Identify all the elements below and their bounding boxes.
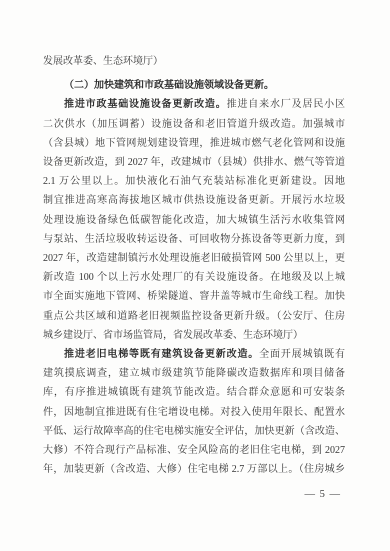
text-segment: 件，因地制宜推进既有住宅增设电梯。对投入使用年限长、配置水 [43, 407, 345, 418]
page-number: — 5 — [43, 485, 345, 504]
text-segment: 平低、运行故障率高的住宅电梯实施安全评估，加快更新（含改造、 [43, 426, 345, 437]
text-segment: 发展改革委、生态环境厅） [43, 56, 163, 67]
text-line: （含县城）地下管网规划建设管理，推进城市燃气老化管网和设施 [43, 134, 345, 153]
text-line: 城乡建设厅、省市场监管局，省发展改革委、生态环境厅） [43, 326, 345, 345]
bold-text-segment: （二）加快建筑和市政基础设施领域设备更新。 [64, 80, 274, 91]
text-segment: 处理设施设备绿色低碳智能化改造，加大城镇生活污水收集管网 [43, 215, 345, 226]
text-line: 二次供水（加压调蓄）设施设备和老旧管道升级改造。加强城市 [43, 115, 345, 134]
text-line: 重点公共区域和道路老旧视频监控设备更新升级。（公安厅、住房 [43, 307, 345, 326]
section-heading: （二）加快建筑和市政基础设施领域设备更新。 [43, 76, 345, 95]
text-segment: 设备更新改造，到 2027 年，改建城市（县城）供排水、燃气等管道 [43, 157, 345, 168]
bold-text-segment: 推进老旧电梯等既有建筑设备更新改造。 [64, 349, 259, 360]
text-segment: 城乡建设厅、省市场监管局，省发展改革委、生态环境厅） [43, 330, 303, 341]
text-line: 新改造 100 个以上污水处理厂的有关设施设备。在地级及以上城 [43, 268, 345, 287]
text-segment: 建筑摸底调查，建立城市级建筑节能降碳改造数据库和项目储备 [43, 368, 345, 379]
text-line: 2.1 万公里以上。加快液化石油气充装站标准化更新建设。因地 [43, 172, 345, 191]
text-segment: 全面开展城镇既有 [259, 349, 345, 360]
document-text-block: 发展改革委、生态环境厅）（二）加快建筑和市政基础设施领域设备更新。推进市政基础设… [43, 52, 345, 504]
text-segment: 库，有序推进城镇既有建筑节能改造。结合群众意愿和可安装条 [43, 387, 345, 398]
text-segment: 2.1 万公里以上。加快液化石油气充装站标准化更新建设。因地 [43, 176, 345, 187]
text-line: 件，因地制宜推进既有住宅增设电梯。对投入使用年限长、配置水 [43, 403, 345, 422]
text-line: 推进老旧电梯等既有建筑设备更新改造。全面开展城镇既有 [43, 345, 345, 364]
text-line: 2027 年，改造建制镇污水处理设施老旧破损管网 500 公里以上，更 [43, 249, 345, 268]
text-segment: 市全面实施地下管网、桥梁隧道、窨井盖等城市生命线工程。加快 [43, 291, 345, 302]
text-line: 设备更新改造，到 2027 年，改建城市（县城）供排水、燃气等管道 [43, 153, 345, 172]
text-segment: （含县城）地下管网规划建设管理，推进城市燃气老化管网和设施 [43, 138, 345, 149]
document-lines: 发展改革委、生态环境厅）（二）加快建筑和市政基础设施领域设备更新。推进市政基础设… [43, 52, 345, 479]
text-segment: 重点公共区域和道路老旧视频监控设备更新升级。（公安厅、住房 [43, 311, 345, 322]
text-segment: 2027 年，改造建制镇污水处理设施老旧破损管网 500 公里以上，更 [43, 253, 345, 264]
text-line: 建筑摸底调查，建立城市级建筑节能降碳改造数据库和项目储备 [43, 364, 345, 383]
text-line: 与泵站、生活垃圾收转运设备、可回收物分拣设备等更新力度，到 [43, 230, 345, 249]
text-line: 市全面实施地下管网、桥梁隧道、窨井盖等城市生命线工程。加快 [43, 287, 345, 306]
text-line: 大修）不符合现行产品标准、安全风险高的老旧住宅电梯，到 2027 [43, 441, 345, 460]
text-line: 发展改革委、生态环境厅） [43, 52, 345, 71]
text-line: 年，加装更新（含改造、大修）住宅电梯 2.7 万部以上。（住房城乡 [43, 460, 345, 479]
text-segment: 新改造 100 个以上污水处理厂的有关设施设备。在地级及以上城 [43, 272, 345, 283]
text-segment: 大修）不符合现行产品标准、安全风险高的老旧住宅电梯，到 2027 [43, 445, 345, 456]
text-segment: 推进自来水厂及居民小区 [227, 99, 345, 110]
text-segment: 二次供水（加压调蓄）设施设备和老旧管道升级改造。加强城市 [43, 119, 345, 130]
text-segment: 年，加装更新（含改造、大修）住宅电梯 2.7 万部以上。（住房城乡 [43, 464, 345, 475]
text-line: 库，有序推进城镇既有建筑节能改造。结合群众意愿和可安装条 [43, 383, 345, 402]
bold-text-segment: 推进市政基础设施设备更新改造。 [64, 99, 227, 110]
text-line: 推进市政基础设施设备更新改造。推进自来水厂及居民小区 [43, 95, 345, 114]
document-page: 发展改革委、生态环境厅）（二）加快建筑和市政基础设施领域设备更新。推进市政基础设… [0, 0, 390, 551]
text-segment: 与泵站、生活垃圾收转运设备、可回收物分拣设备等更新力度，到 [43, 234, 345, 245]
text-line: 制宜推进高寒高海拔地区城市供热设施设备更新。开展污水垃圾 [43, 191, 345, 210]
text-line: 处理设施设备绿色低碳智能化改造，加大城镇生活污水收集管网 [43, 211, 345, 230]
text-segment: 制宜推进高寒高海拔地区城市供热设施设备更新。开展污水垃圾 [43, 195, 345, 206]
text-line: 平低、运行故障率高的住宅电梯实施安全评估，加快更新（含改造、 [43, 422, 345, 441]
